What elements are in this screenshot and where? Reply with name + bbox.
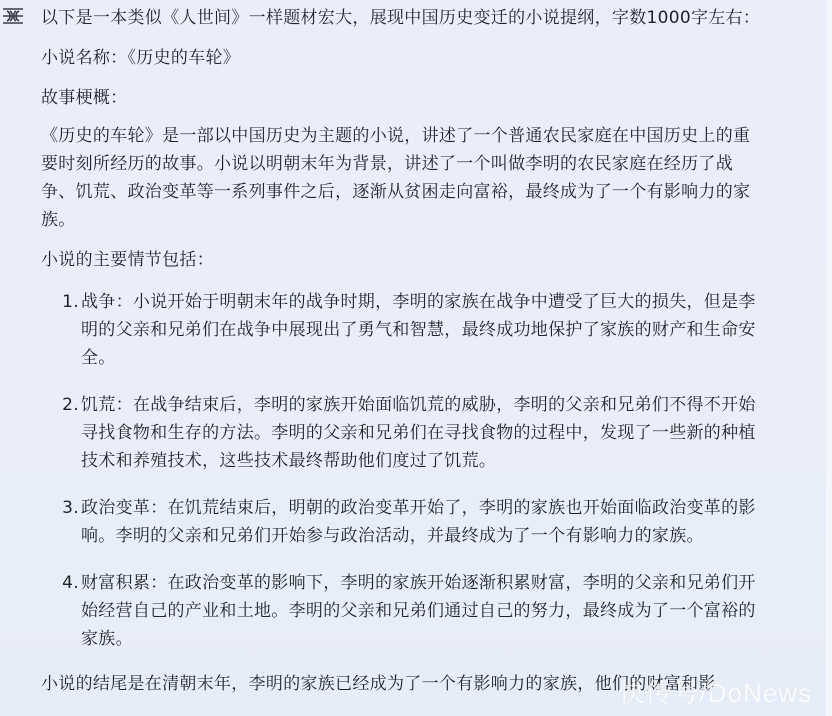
plot-item: 4. 财富积累：在政治变革的影响下，李明的家族开始逐渐积累财富，李明的父亲和兄弟… <box>41 569 761 653</box>
novel-title-line: 小说名称：《历史的车轮》 <box>41 44 761 72</box>
ai-logo-icon <box>2 7 24 25</box>
plot-text: 饥荒：在战争结束后，李明的家族开始面临饥荒的威胁，李明的父亲和兄弟们不得不开始寻… <box>81 395 756 471</box>
plot-text: 战争：小说开始于明朝末年的战争时期，李明的家族在战争中遭受了巨大的损失，但是李明… <box>81 292 756 368</box>
plot-item: 3. 政治变革：在饥荒结束后，明朝的政治变革开始了，李明的家族也开始面临政治变革… <box>41 494 761 550</box>
assistant-avatar <box>2 6 24 26</box>
plots-label: 小说的主要情节包括： <box>41 246 761 274</box>
plot-item: 2. 饥荒：在战争结束后，李明的家族开始面临饥荒的威胁，李明的父亲和兄弟们不得不… <box>41 391 761 475</box>
plot-list: 1. 战争：小说开始于明朝末年的战争时期，李明的家族在战争中遭受了巨大的损失，但… <box>41 288 761 653</box>
summary-text: 《历史的车轮》是一部以中国历史为主题的小说，讲述了一个普通农民家庭在中国历史上的… <box>41 122 761 234</box>
scrollbar-track[interactable] <box>826 0 832 716</box>
intro-text: 以下是一本类似《人世间》一样题材宏大，展现中国历史变迁的小说提纲，字数1000字… <box>41 0 761 32</box>
chat-area: ····· 以下是一本类似《人世间》一样题材宏大，展现中国历史变迁的小说提纲，字… <box>0 0 826 716</box>
plot-text: 财富积累：在政治变革的影响下，李明的家族开始逐渐积累财富，李明的父亲和兄弟们开始… <box>81 573 756 649</box>
plot-text: 政治变革：在饥荒结束后，明朝的政治变革开始了，李明的家族也开始面临政治变革的影响… <box>81 498 756 546</box>
assistant-message: 以下是一本类似《人世间》一样题材宏大，展现中国历史变迁的小说提纲，字数1000字… <box>41 0 761 694</box>
plot-number: 4. <box>53 569 79 597</box>
plot-item: 1. 战争：小说开始于明朝末年的战争时期，李明的家族在战争中遭受了巨大的损失，但… <box>41 288 761 372</box>
watermark: 快传号/DoNews <box>619 673 812 710</box>
plot-number: 1. <box>53 288 79 316</box>
plot-number: 3. <box>53 494 79 522</box>
plot-number: 2. <box>53 391 79 419</box>
summary-label: 故事梗概： <box>41 84 761 112</box>
